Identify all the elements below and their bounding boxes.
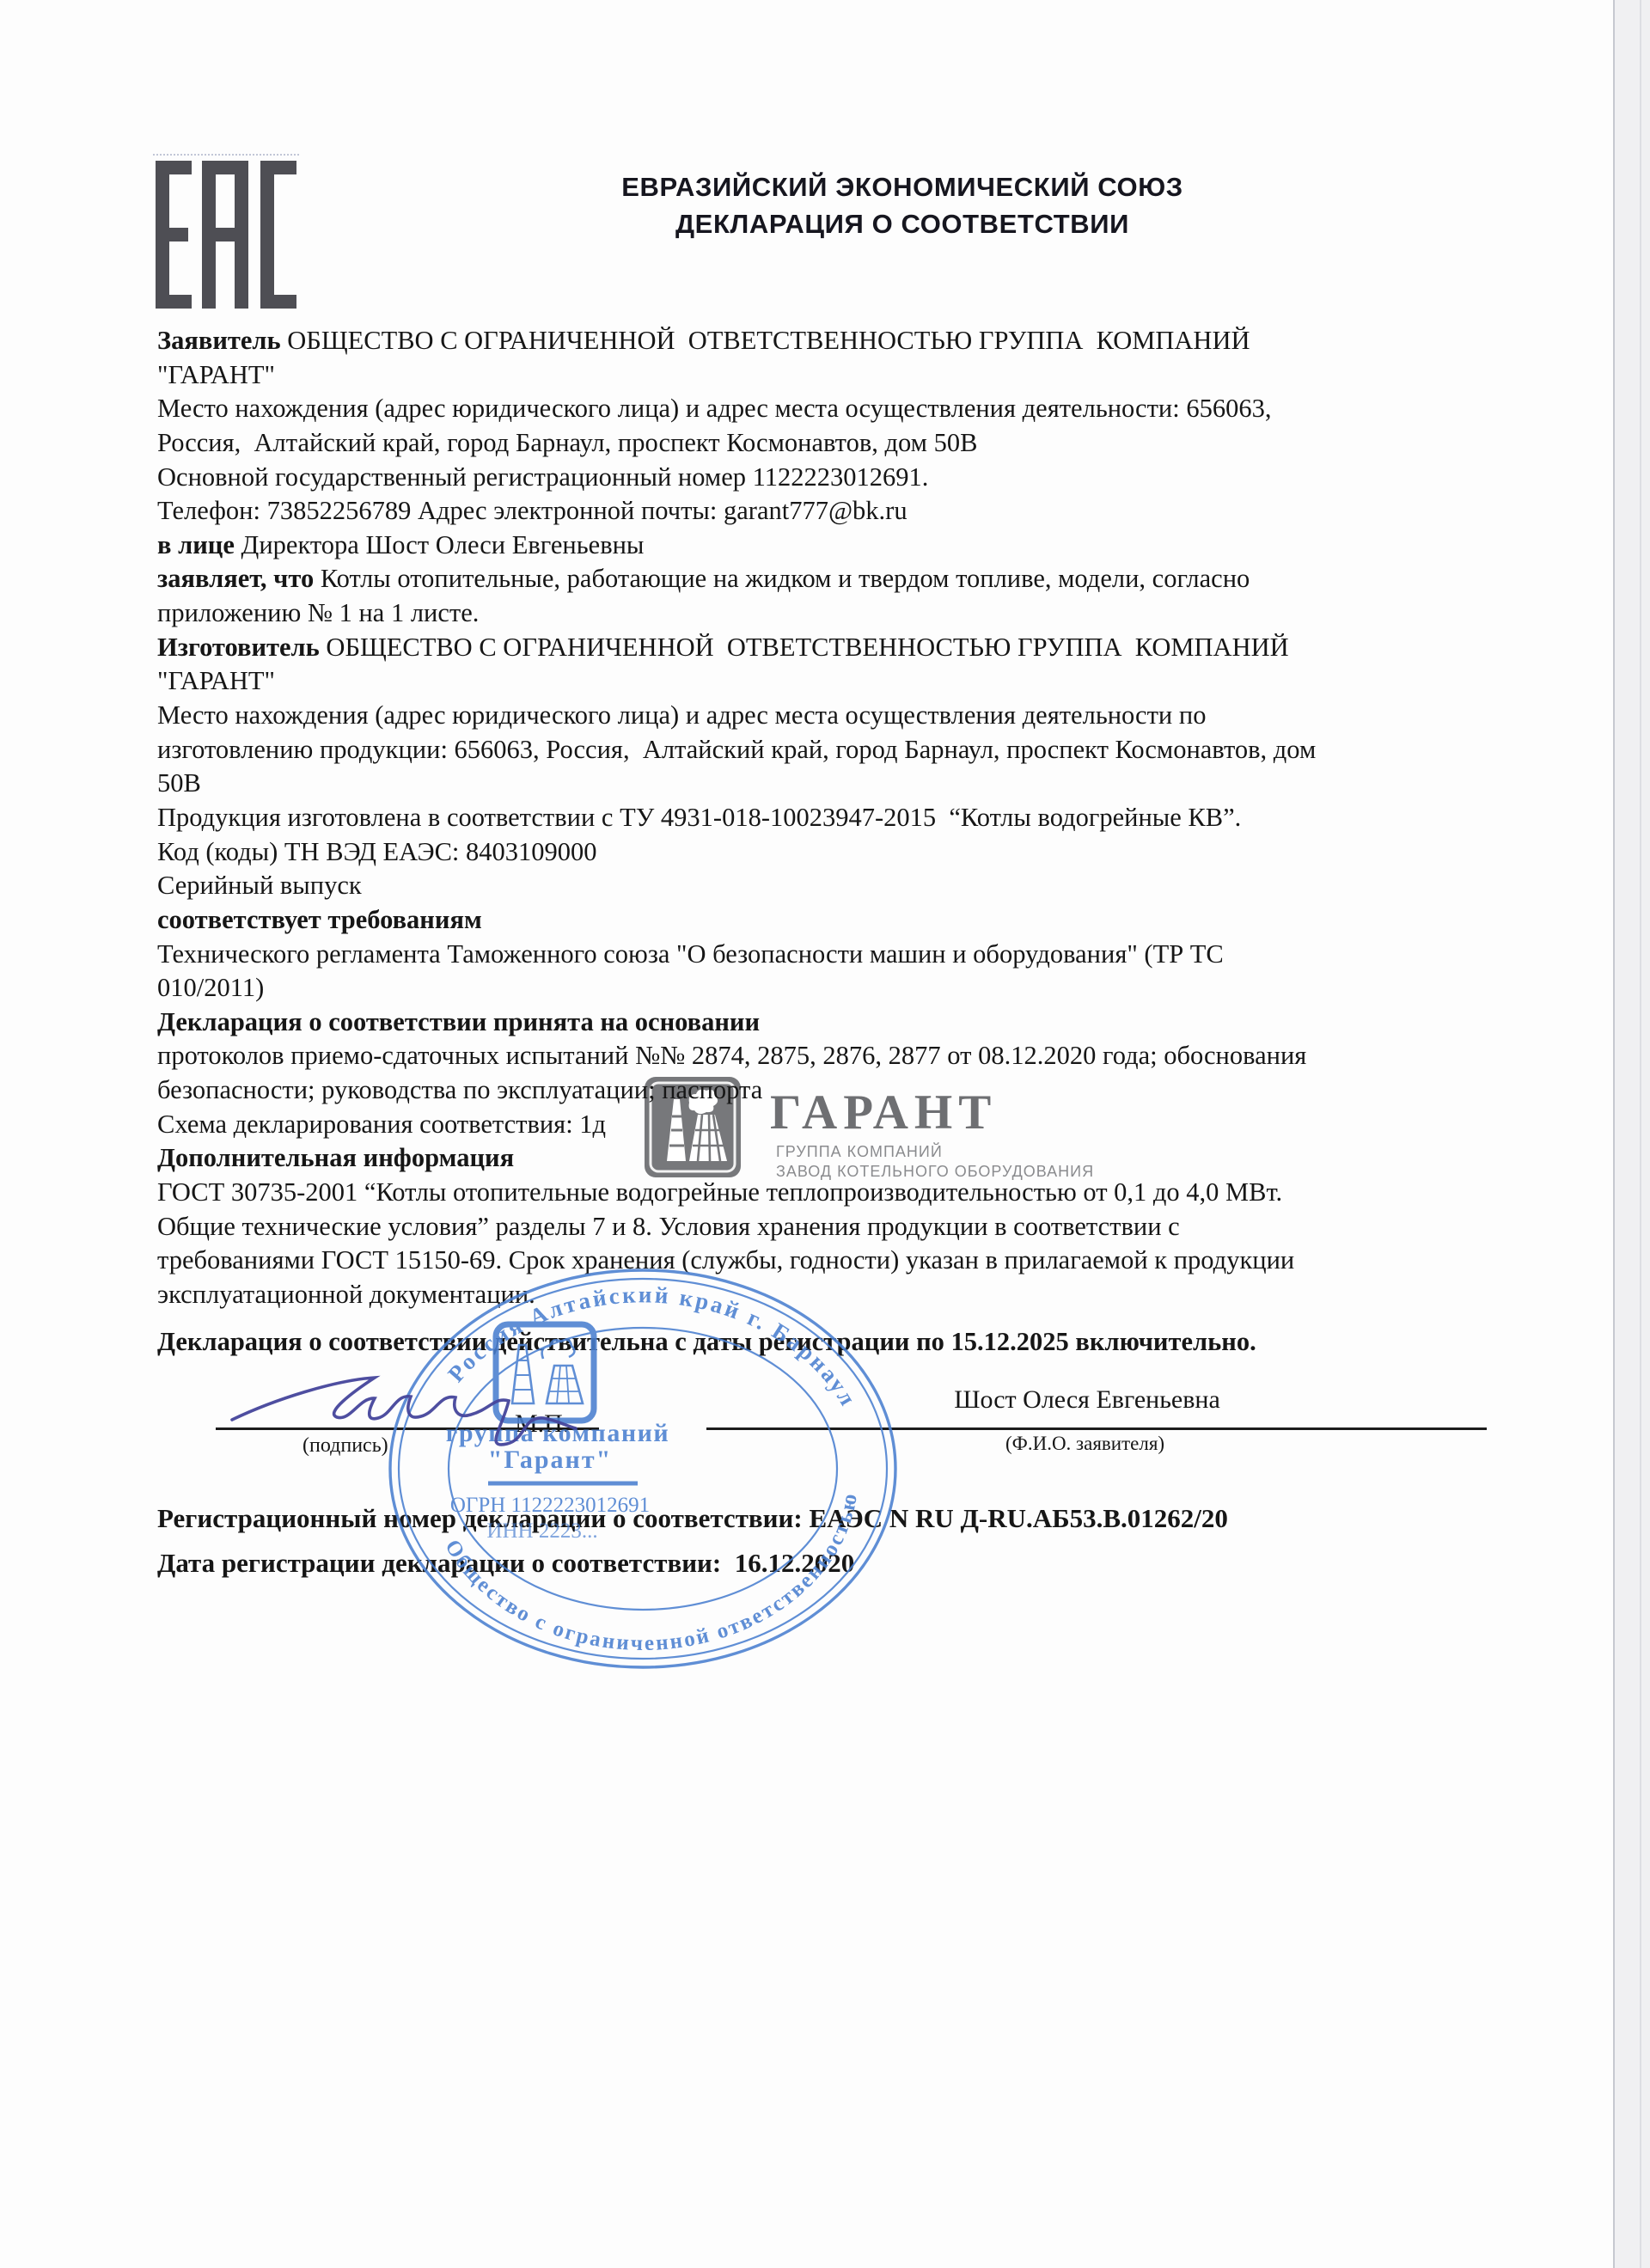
eac-mark-icon	[156, 161, 296, 309]
body-line: Общие технические условия” разделы 7 и 8…	[157, 1210, 1498, 1244]
header-declaration-title: ДЕКЛАРАЦИЯ О СООТВЕТСТВИИ	[344, 205, 1461, 242]
body-line: Дополнительная информация	[157, 1141, 1498, 1176]
stamp-company-line2: "Гарант"	[488, 1446, 612, 1474]
declaration-document: ЕВРАЗИЙСКИЙ ЭКОНОМИЧЕСКИЙ СОЮЗ ДЕКЛАРАЦИ…	[0, 0, 1650, 2268]
applicant-name-caption: (Ф.И.О. заявителя)	[1005, 1433, 1164, 1455]
signature-caption: (подпись)	[302, 1434, 388, 1458]
scan-dotted-artifact	[153, 154, 299, 156]
header-union-title: ЕВРАЗИЙСКИЙ ЭКОНОМИЧЕСКИЙ СОЮЗ	[344, 168, 1461, 205]
body-line: Заявитель ОБЩЕСТВО С ОГРАНИЧЕННОЙ ОТВЕТС…	[157, 324, 1498, 358]
scan-edge-line	[1640, 0, 1641, 2268]
applicant-name: Шост Олеся Евгеньевна	[928, 1385, 1246, 1415]
body-line: 50В	[157, 767, 1498, 801]
document-header: ЕВРАЗИЙСКИЙ ЭКОНОМИЧЕСКИЙ СОЮЗ ДЕКЛАРАЦИ…	[344, 168, 1461, 242]
applicant-name-line	[706, 1427, 1487, 1430]
body-line: Декларация о соответствии принята на осн…	[157, 1006, 1498, 1040]
body-line: "ГАРАНТ"	[157, 664, 1498, 699]
body-line: изготовлению продукции: 656063, Россия, …	[157, 733, 1498, 767]
body-line: Место нахождения (адрес юридического лиц…	[157, 699, 1498, 733]
company-stamp: Россия Алтайский край г. Барнаул Обществ…	[344, 1250, 945, 1689]
scan-edge-band	[1613, 0, 1650, 2268]
registration-date-line: Дата регистрации декларации о соответств…	[157, 1548, 854, 1579]
body-line: Технического регламента Таможенного союз…	[157, 938, 1498, 972]
handwritten-signature	[206, 1349, 636, 1478]
body-line: соответствует требованиям	[157, 903, 1498, 938]
stamp-place-label: М.П.	[515, 1409, 569, 1439]
body-line: приложению № 1 на 1 листе.	[157, 596, 1498, 631]
body-line: "ГАРАНТ"	[157, 358, 1498, 393]
body-line: в лице Директора Шост Олеси Евгеньевны	[157, 529, 1498, 563]
body-line: Телефон: 73852256789 Адрес электронной п…	[157, 494, 1498, 529]
body-line: Продукция изготовлена в соответствии с Т…	[157, 801, 1498, 835]
body-line: эксплуатационной документации.	[157, 1278, 1498, 1312]
body-line: Код (коды) ТН ВЭД ЕАЭС: 8403109000	[157, 835, 1498, 870]
body-line: Основной государственный регистрационный…	[157, 461, 1498, 495]
registration-number-line: Регистрационный номер декларации о соотв…	[157, 1503, 1228, 1534]
body-line: Изготовитель ОБЩЕСТВО С ОГРАНИЧЕННОЙ ОТВ…	[157, 631, 1498, 665]
body-line: требованиями ГОСТ 15150-69. Срок хранени…	[157, 1244, 1498, 1278]
validity-statement: Декларация о соответствии действительна …	[157, 1327, 1256, 1357]
body-line: Серийный выпуск	[157, 869, 1498, 903]
body-line: ГОСТ 30735-2001 “Котлы отопительные водо…	[157, 1176, 1498, 1210]
body-line: заявляет, что Котлы отопительные, работа…	[157, 562, 1498, 596]
body-line: 010/2011)	[157, 971, 1498, 1006]
body-line: протоколов приемо-сдаточных испытаний №№…	[157, 1039, 1498, 1073]
body-line: Россия, Алтайский край, город Барнаул, п…	[157, 426, 1498, 461]
body-line: Схема декларирования соответствия: 1д	[157, 1108, 1498, 1142]
body-line: Место нахождения (адрес юридического лиц…	[157, 392, 1498, 426]
body-line: безопасности; руководства по эксплуатаци…	[157, 1073, 1498, 1108]
body-text: Заявитель ОБЩЕСТВО С ОГРАНИЧЕННОЙ ОТВЕТС…	[157, 324, 1498, 1312]
